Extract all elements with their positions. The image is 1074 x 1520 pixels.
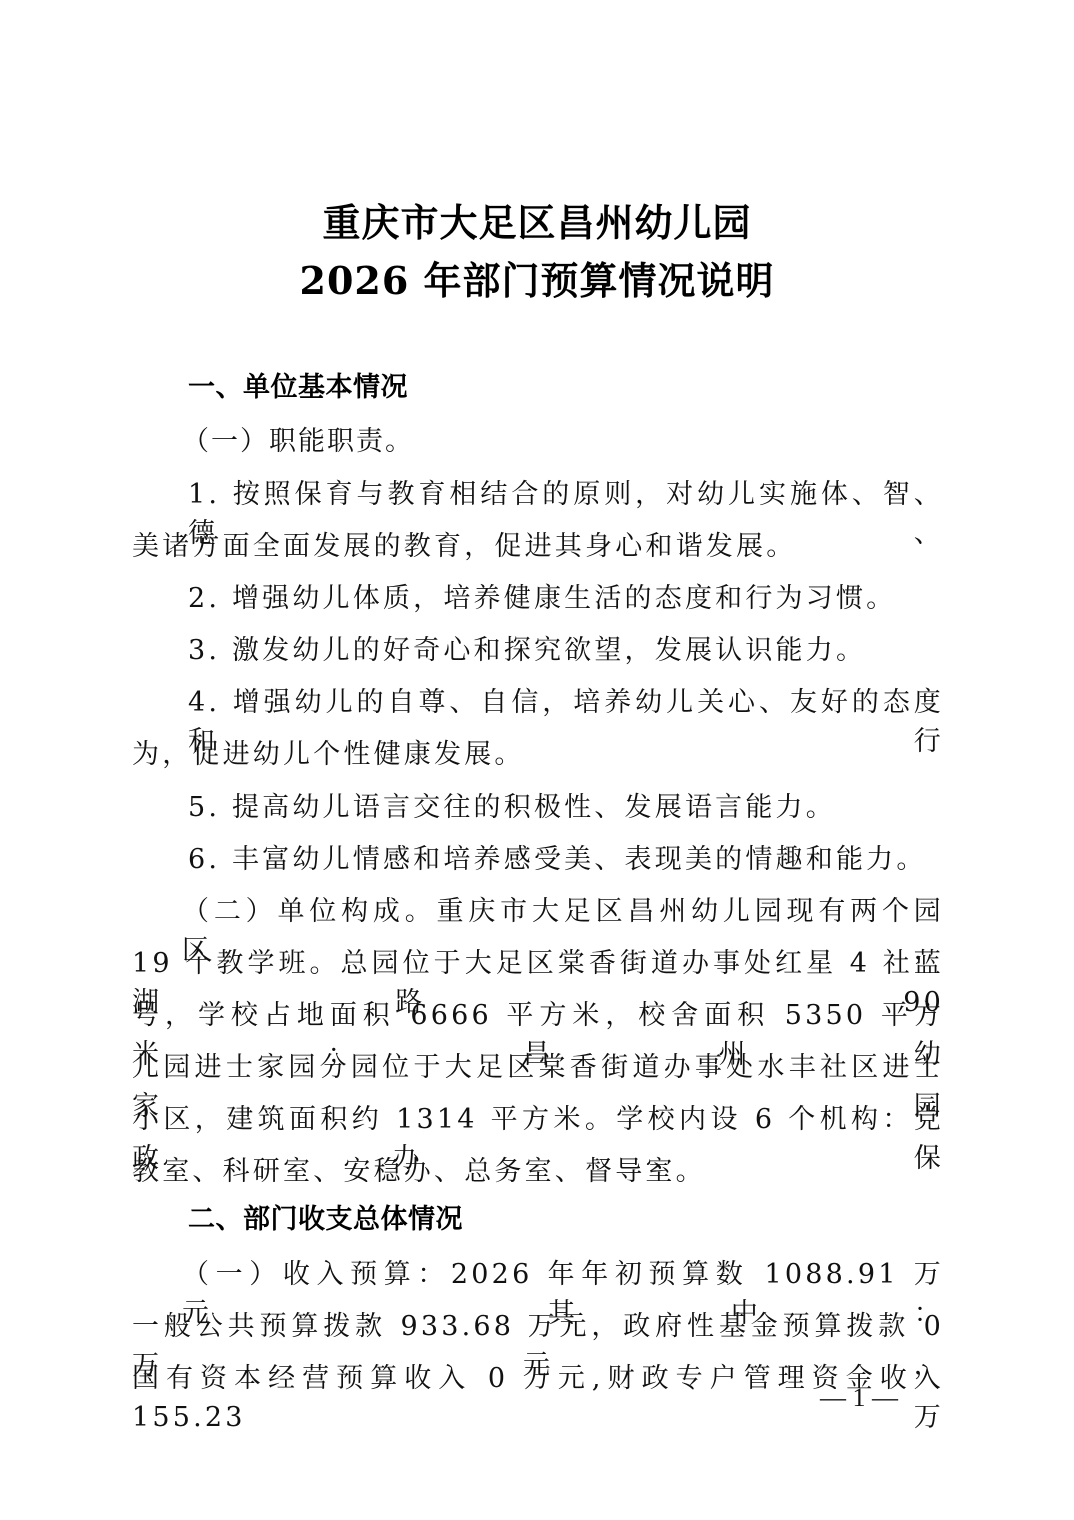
section1-sub2-line6: 教室、科研室、安稳办、总务室、督导室。: [132, 1149, 944, 1188]
section1-sub1-heading: （一）职能职责。: [182, 419, 994, 458]
document-page: 重庆市大足区昌州幼儿园 2026 年部门预算情况说明 一、单位基本情况 （一）职…: [0, 0, 1074, 1520]
document-title-line2: 2026 年部门预算情况说明: [0, 250, 1074, 305]
document-title-line1: 重庆市大足区昌州幼儿园: [0, 192, 1074, 247]
item-6: 6. 丰富幼儿情感和培养感受美、表现美的情趣和能力。: [188, 837, 944, 876]
item-4-line2: 为，促进幼儿个性健康发展。: [132, 732, 944, 771]
item-5: 5. 提高幼儿语言交往的积极性、发展语言能力。: [188, 785, 944, 824]
item-3: 3. 激发幼儿的好奇心和探究欲望，发展认识能力。: [188, 628, 944, 667]
item-1-line2: 美诸方面全面发展的教育，促进其身心和谐发展。: [132, 524, 944, 563]
section1-heading: 一、单位基本情况: [188, 365, 944, 404]
section2-heading: 二、部门收支总体情况: [188, 1197, 944, 1236]
page-number: — 1 —: [820, 1383, 898, 1413]
item-2: 2. 增强幼儿体质，培养健康生活的态度和行为习惯。: [188, 576, 944, 615]
